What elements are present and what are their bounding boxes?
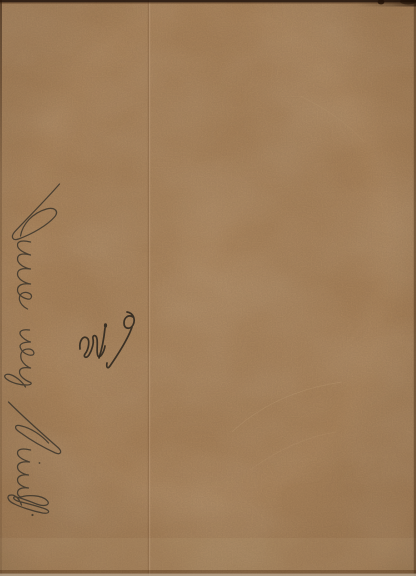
left-edge-shadow xyxy=(0,0,2,576)
kraft-paper-photo xyxy=(0,0,416,576)
top-edge-soft-shadow xyxy=(0,2,416,3)
final-dot xyxy=(31,514,33,516)
bottom-light-band xyxy=(0,538,416,570)
top-edge-shadow xyxy=(0,0,416,2)
top-right-smudge xyxy=(356,0,416,7)
photo-back xyxy=(0,0,416,576)
i-dot xyxy=(39,462,41,464)
vignette-shading xyxy=(0,0,416,576)
bottom-edge-shadow xyxy=(0,570,416,574)
